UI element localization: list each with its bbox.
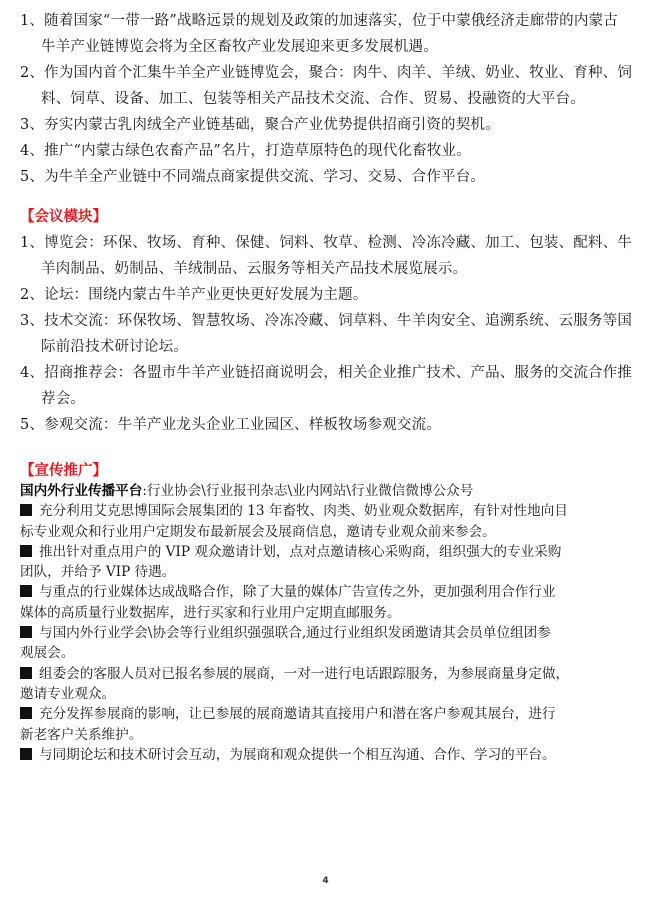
conference-item-1-line-2: 羊肉制品、奶制品、羊绒制品、云服务等相关产品技术展览展示。 [20, 256, 632, 282]
square-bullet-icon [20, 626, 32, 638]
square-bullet-icon [20, 667, 32, 679]
goals-list: 1、随着国家“一带一路”战略远景的规划及政策的加速落实，位于中蒙俄经济走廊带的内… [20, 8, 632, 190]
promo-bullet-1-line-2: 标专业观众和行业用户定期发布最新展会及展商信息，邀请专业观众前来参会。 [20, 522, 632, 542]
conference-item-4-line-1: 4、招商推荐会：各盟市牛羊产业链招商说明会，相关企业推广技术、产品、服务的交流合… [20, 360, 632, 386]
promo-bullet-1-line-1: 充分利用艾克思博国际会展集团的 13 年畜牧、肉类、奶业观众数据库，有针对性地向… [20, 501, 632, 521]
promotion-content: 国内外行业传播平台:行业协会\行业报刊杂志\业内网站\行业微信微博公众号 充分利… [20, 481, 632, 765]
square-bullet-icon [20, 585, 32, 597]
promotion-heading: 【宣传推广】 [20, 461, 107, 481]
square-bullet-icon [20, 504, 32, 516]
promo-bullet-3-line-2: 媒体的高质量行业数据库，进行买家和行业用户定期直邮服务。 [20, 603, 632, 623]
document-page: 1、随着国家“一带一路”战略远景的规划及政策的加速落实，位于中蒙俄经济走廊带的内… [0, 0, 651, 901]
page-number: 4 [0, 876, 651, 886]
goal-3: 3、夯实内蒙古乳肉绒全产业链基础，聚合产业优势提供招商引资的契机。 [20, 112, 632, 138]
promo-bullet-4-line-1: 与国内外行业学会\协会等行业组织强强联合,通过行业组织发函邀请其会员单位组团参 [20, 623, 632, 643]
conference-item-2: 2、论坛：围绕内蒙古牛羊产业更快更好发展为主题。 [20, 282, 632, 308]
goal-2-line-1: 2、作为国内首个汇集牛羊全产业链博览会，聚合：肉牛、肉羊、羊绒、奶业、牧业、育种… [20, 60, 632, 86]
conference-item-4-line-2: 荐会。 [20, 386, 632, 412]
goal-1-line-2: 牛羊产业链博览会将为全区畜牧产业发展迎来更多发展机遇。 [20, 34, 632, 60]
promo-bullet-6-line-1: 充分发挥参展商的影响，让已参展的展商邀请其直接用户和潜在客户参观其展台，进行 [20, 704, 632, 724]
goal-4: 4、推广“内蒙古绿色农畜产品”名片，打造草原特色的现代化畜牧业。 [20, 138, 632, 164]
conference-item-3-line-1: 3、技术交流：环保牧场、智慧牧场、冷冻冷藏、饲草料、牛羊肉安全、追溯系统、云服务… [20, 308, 632, 334]
goal-2-line-2: 料、饲草、设备、加工、包装等相关产品技术交流、合作、贸易、投融资的大平台。 [20, 86, 632, 112]
promo-bullet-3-line-1: 与重点的行业媒体达成战略合作，除了大量的媒体广告宣传之外，更加强利用合作行业 [20, 582, 632, 602]
promotion-lead-text: :行业协会\行业报刊杂志\业内网站\行业微信微博公众号 [142, 483, 473, 499]
promotion-lead: 国内外行业传播平台:行业协会\行业报刊杂志\业内网站\行业微信微博公众号 [20, 481, 632, 501]
promo-bullet-2-line-1: 推出针对重点用户的 VIP 观众邀请计划，点对点邀请核心采购商，组织强大的专业采… [20, 542, 632, 562]
conference-list: 1、博览会：环保、牧场、育种、保健、饲料、牧草、检测、冷冻冷藏、加工、包装、配料… [20, 230, 632, 438]
square-bullet-icon [20, 748, 32, 760]
conference-heading: 【会议模块】 [20, 207, 107, 227]
promotion-lead-label: 国内外行业传播平台 [20, 483, 142, 499]
conference-item-5: 5、参观交流：牛羊产业龙头企业工业园区、样板牧场参观交流。 [20, 412, 632, 438]
goal-5: 5、为牛羊全产业链中不同端点商家提供交流、学习、交易、合作平台。 [20, 164, 632, 190]
promo-bullet-6-line-2: 新老客户关系维护。 [20, 725, 632, 745]
square-bullet-icon [20, 545, 32, 557]
conference-item-1-line-1: 1、博览会：环保、牧场、育种、保健、饲料、牧草、检测、冷冻冷藏、加工、包装、配料… [20, 230, 632, 256]
promo-bullet-7: 与同期论坛和技术研讨会互动，为展商和观众提供一个相互沟通、合作、学习的平台。 [20, 745, 632, 765]
promo-bullet-5-line-1: 组委会的客服人员对已报名参展的展商，一对一进行电话跟踪服务，为参展商量身定做， [20, 664, 632, 684]
promo-bullet-2-line-2: 团队，并给予 VIP 待遇。 [20, 562, 632, 582]
goal-1-line-1: 1、随着国家“一带一路”战略远景的规划及政策的加速落实，位于中蒙俄经济走廊带的内… [20, 8, 632, 34]
promo-bullet-4-line-2: 观展会。 [20, 643, 632, 663]
conference-item-3-line-2: 际前沿技术研讨论坛。 [20, 334, 632, 360]
square-bullet-icon [20, 707, 32, 719]
promo-bullet-5-line-2: 邀请专业观众。 [20, 684, 632, 704]
